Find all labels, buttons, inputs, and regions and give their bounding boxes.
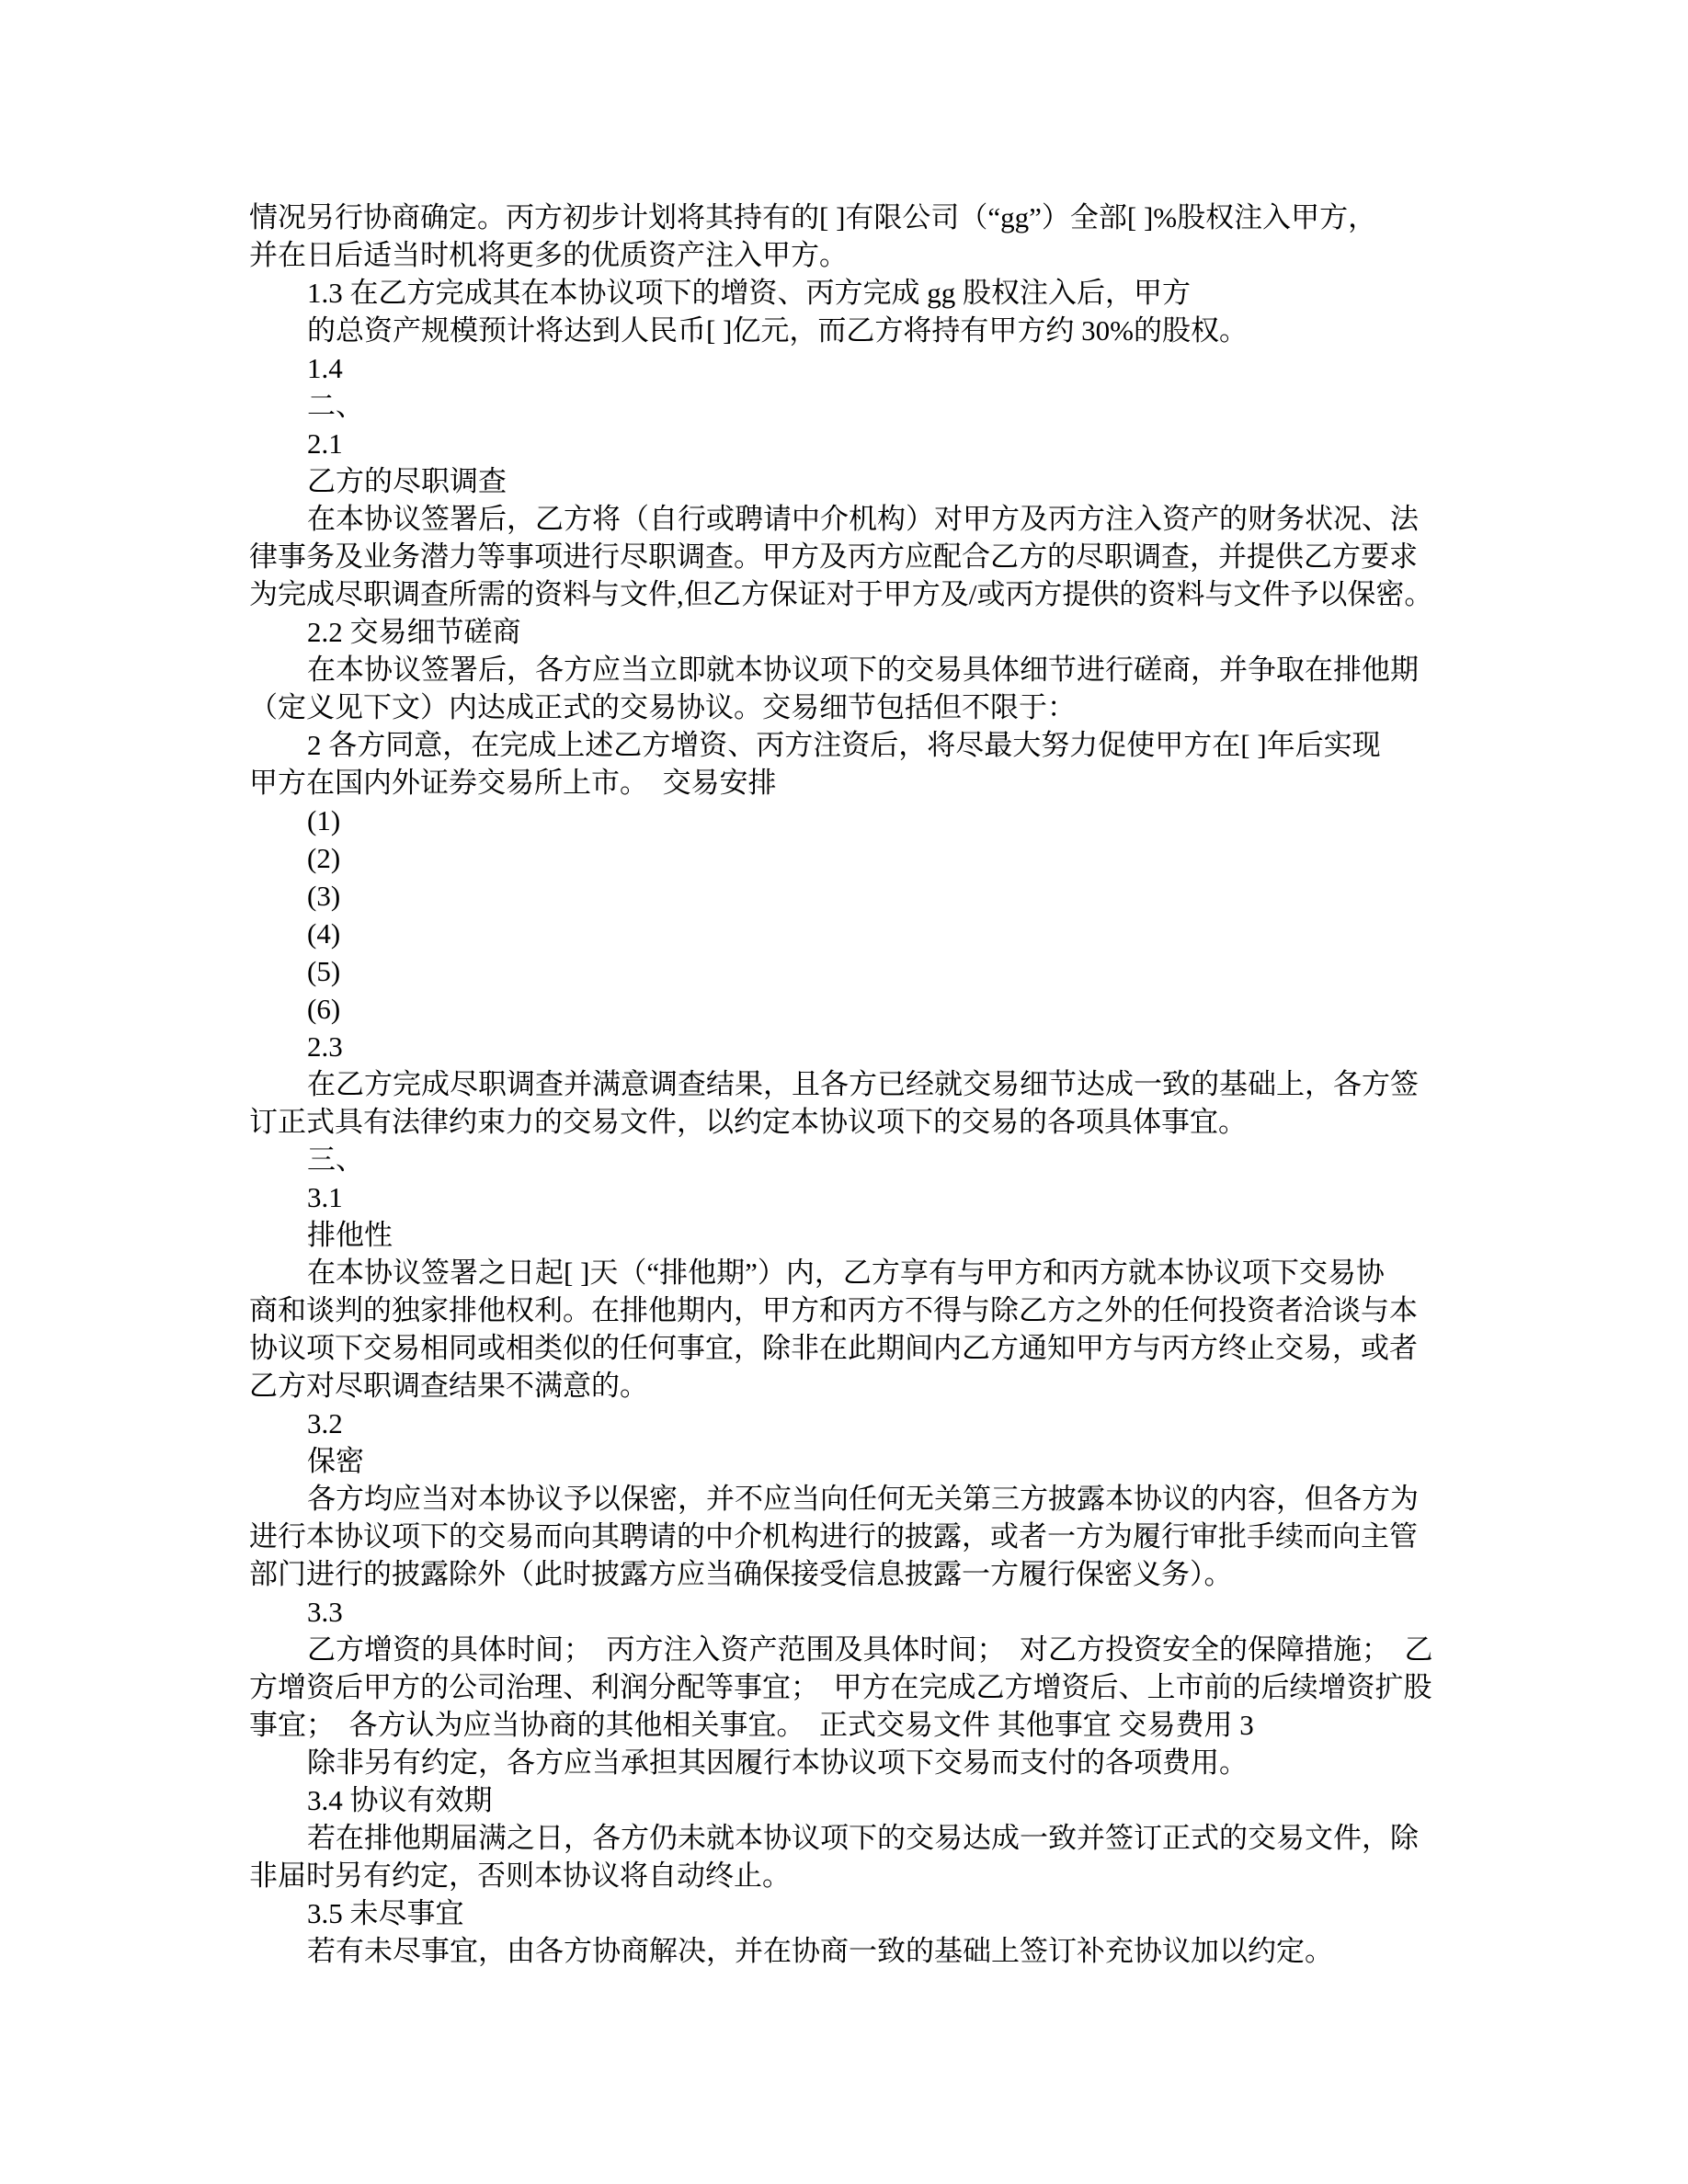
text-line: 2.2 交易细节磋商 [249,613,1455,651]
text-line: 在乙方完成尽职调查并满意调查结果，且各方已经就交易细节达成一致的基础上，各方签 [249,1065,1455,1103]
text-line: 保密 [249,1442,1455,1480]
text-line: 乙方的尽职调查 [249,462,1455,500]
text-line: 若在排他期届满之日，各方仍未就本协议项下的交易达成一致并签订正式的交易文件，除 [249,1819,1455,1857]
text-line: (2) [249,839,1455,877]
text-line: 在本协议签署之日起[ ]天（“排他期”）内，乙方享有与甲方和丙方就本协议项下交易… [249,1254,1455,1291]
text-line: 部门进行的披露除外（此时披露方应当确保接受信息披露一方履行保密义务）。 [249,1555,1455,1593]
text-line: 若有未尽事宜，由各方协商解决，并在协商一致的基础上签订补充协议加以约定。 [249,1932,1455,1970]
text-line: 二、 [249,387,1455,425]
text-line: 方增资后甲方的公司治理、利润分配等事宜； 甲方在完成乙方增资后、上市前的后续增资… [249,1668,1455,1706]
text-line: 协议项下交易相同或相类似的任何事宜，除非在此期间内乙方通知甲方与丙方终止交易，或… [249,1329,1455,1367]
document-page: 情况另行协商确定。丙方初步计划将其持有的[ ]有限公司（“gg”）全部[ ]%股… [0,0,1688,2184]
text-line: (3) [249,877,1455,915]
text-line: 2 各方同意，在完成上述乙方增资、丙方注资后，将尽最大努力促使甲方在[ ]年后实… [249,726,1455,764]
text-line: 三、 [249,1141,1455,1178]
text-line: 3.2 [249,1405,1455,1442]
text-line: （定义见下文）内达成正式的交易协议。交易细节包括但不限于： [249,688,1455,726]
text-line: 并在日后适当时机将更多的优质资产注入甲方。 [249,236,1455,274]
document-text-block: 情况另行协商确定。丙方初步计划将其持有的[ ]有限公司（“gg”）全部[ ]%股… [249,199,1455,1970]
text-line: 甲方在国内外证券交易所上市。 交易安排 [249,764,1455,802]
text-line: (5) [249,952,1455,990]
text-line: (1) [249,802,1455,839]
text-line: 3.4 协议有效期 [249,1781,1455,1819]
text-line: 排他性 [249,1216,1455,1254]
text-line: 情况另行协商确定。丙方初步计划将其持有的[ ]有限公司（“gg”）全部[ ]%股… [249,199,1455,236]
text-line: 乙方增资的具体时间； 丙方注入资产范围及具体时间； 对乙方投资安全的保障措施； … [249,1631,1455,1668]
text-line: 乙方对尽职调查结果不满意的。 [249,1367,1455,1405]
text-line: 订正式具有法律约束力的交易文件，以约定本协议项下的交易的各项具体事宜。 [249,1103,1455,1141]
text-line: 商和谈判的独家排他权利。在排他期内，甲方和丙方不得与除乙方之外的任何投资者洽谈与… [249,1291,1455,1329]
text-line: 律事务及业务潜力等事项进行尽职调查。甲方及丙方应配合乙方的尽职调查，并提供乙方要… [249,538,1455,575]
text-line: 的总资产规模预计将达到人民币[ ]亿元，而乙方将持有甲方约 30%的股权。 [249,312,1455,349]
text-line: 3.1 [249,1178,1455,1216]
text-line: (4) [249,915,1455,952]
text-line: 事宜； 各方认为应当协商的其他相关事宜。 正式交易文件 其他事宜 交易费用 3 [249,1706,1455,1744]
text-line: 2.1 [249,425,1455,462]
text-line: 1.4 [249,349,1455,387]
text-line: 3.3 [249,1593,1455,1631]
text-line: 除非另有约定，各方应当承担其因履行本协议项下交易而支付的各项费用。 [249,1744,1455,1781]
text-line: 各方均应当对本协议予以保密，并不应当向任何无关第三方披露本协议的内容，但各方为 [249,1480,1455,1518]
text-line: 3.5 未尽事宜 [249,1894,1455,1932]
text-line: 1.3 在乙方完成其在本协议项下的增资、丙方完成 gg 股权注入后，甲方 [249,274,1455,312]
text-line: 在本协议签署后，各方应当立即就本协议项下的交易具体细节进行磋商，并争取在排他期 [249,651,1455,688]
text-line: (6) [249,990,1455,1028]
text-line: 为完成尽职调查所需的资料与文件,但乙方保证对于甲方及/或丙方提供的资料与文件予以… [249,575,1455,613]
text-line: 进行本协议项下的交易而向其聘请的中介机构进行的披露，或者一方为履行审批手续而向主… [249,1518,1455,1555]
text-line: 非届时另有约定，否则本协议将自动终止。 [249,1857,1455,1894]
text-line: 在本协议签署后，乙方将（自行或聘请中介机构）对甲方及丙方注入资产的财务状况、法 [249,500,1455,538]
text-line: 2.3 [249,1028,1455,1065]
